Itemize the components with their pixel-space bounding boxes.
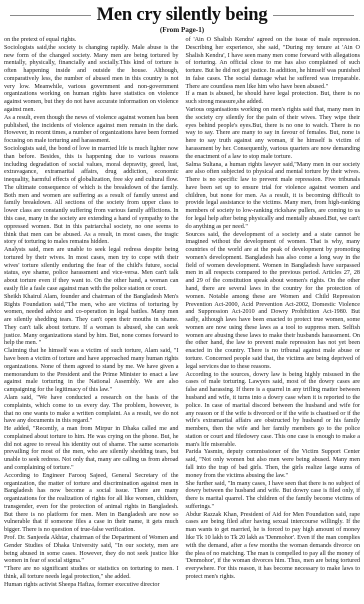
paragraph: Various organisations working on men's r… bbox=[186, 107, 361, 161]
paragraph: If a man is abused, he should have legal… bbox=[186, 91, 361, 107]
right-column: of 'Ain O Shalish Kendra' agreed on the … bbox=[186, 37, 361, 589]
paragraph: Analysts said, men are unable to seek le… bbox=[4, 247, 179, 294]
paragraph: on the pretext of equal rights. bbox=[4, 37, 179, 45]
paragraph: He added, "Recently, a man from Mirpur i… bbox=[4, 426, 179, 473]
paragraph: According to the sources, dowry law is b… bbox=[186, 372, 361, 450]
continuation-label: (From Page-1) bbox=[4, 26, 360, 35]
newspaper-page: Men cry silently being (From Page-1) on … bbox=[0, 0, 364, 604]
paragraph: Abdur Razzak Khan, President of Aid for … bbox=[186, 512, 361, 582]
paragraph: According to Engineer Farooq Sajeed, Gen… bbox=[4, 473, 179, 535]
paragraph: Parida Yasmin, deputy commissioner of th… bbox=[186, 449, 361, 480]
article-body: on the pretext of equal rights. Sociolog… bbox=[4, 37, 360, 589]
left-column: on the pretext of equal rights. Sociolog… bbox=[4, 37, 179, 589]
paragraph: of 'Ain O Shalish Kendra' agreed on the … bbox=[186, 37, 361, 91]
paragraph: Sociologists said,the society is changin… bbox=[4, 45, 179, 115]
paragraph: Claiming that he himself was a victim of… bbox=[4, 348, 179, 395]
paragraph: Human rights activist Sheepa Hafiza, for… bbox=[4, 582, 179, 590]
paragraph: Sheikh Khairul Alam, founder and chairma… bbox=[4, 294, 179, 348]
headline-rule-right bbox=[273, 15, 354, 16]
paragraph: "There are no significant studies or sta… bbox=[4, 566, 179, 582]
paragraph: Alam said, "We have conducted a research… bbox=[4, 395, 179, 426]
paragraph: Sources said, the development of a socie… bbox=[186, 232, 361, 372]
paragraph: Sociologists said, the bond of love in m… bbox=[4, 146, 179, 247]
paragraph: Salma Sultana, a human rights lawyer sai… bbox=[186, 162, 361, 232]
paragraph: Prof. Dr. Sanjeeda Akhtar, chairman of t… bbox=[4, 535, 179, 566]
paragraph: As a result, even though the news of vio… bbox=[4, 115, 179, 146]
paragraph: She further said, "In many cases, I have… bbox=[186, 481, 361, 512]
headline: Men cry silently being bbox=[97, 4, 268, 26]
headline-bar: Men cry silently being bbox=[4, 4, 360, 26]
headline-rule-left bbox=[10, 15, 91, 16]
